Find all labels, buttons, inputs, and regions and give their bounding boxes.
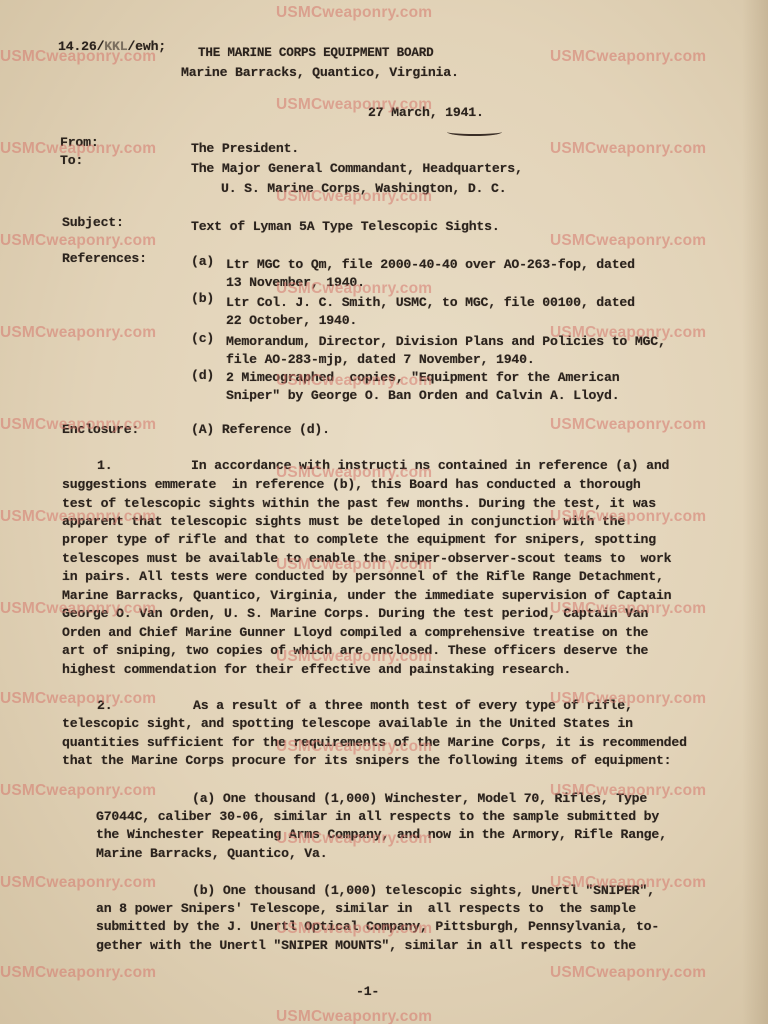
watermark: USMCweaponry.com xyxy=(550,140,706,158)
paragraph-line: highest commendation for their effective… xyxy=(62,661,571,679)
paragraph-number: 2. xyxy=(97,697,112,715)
paragraph-line: that the Marine Corps procure for its sn… xyxy=(62,752,671,770)
watermark: USMCweaponry.com xyxy=(550,416,706,434)
enclosure-label: Enclosure: xyxy=(62,421,139,439)
to-value-line: The Major General Commandant, Headquarte… xyxy=(191,160,523,178)
board-location: Marine Barracks, Quantico, Virginia. xyxy=(181,64,459,82)
page-number: -1- xyxy=(356,983,379,1001)
file-reference: 14.26/KKL/ewh; xyxy=(58,38,166,56)
paragraph-line: Marine Barracks, Quantico, Virginia, und… xyxy=(62,587,671,605)
item-line: gether with the Unertl "SNIPER MOUNTS", … xyxy=(96,937,636,955)
date-underline-mark xyxy=(447,128,502,136)
paragraph-line: art of sniping, two copies of which are … xyxy=(62,642,648,660)
reference-line: Sniper" by George O. Ban Orden and Calvi… xyxy=(226,387,619,405)
item-line: (b) One thousand (1,000) telescopic sigh… xyxy=(192,882,655,900)
reference-line: file AO-283-mjp, dated 7 November, 1940. xyxy=(226,351,535,369)
file-ref-number: 14.26/ xyxy=(58,39,104,54)
item-line: an 8 power Snipers' Telescope, similar i… xyxy=(96,900,636,918)
watermark: USMCweaponry.com xyxy=(0,232,156,250)
from-value: The President. xyxy=(191,140,299,158)
paragraph-line: telescopic sight, and spotting telescope… xyxy=(62,715,633,733)
reference-line: 22 October, 1940. xyxy=(226,312,357,330)
reference-line: 13 November, 1940. xyxy=(226,274,365,292)
watermark: USMCweaponry.com xyxy=(0,324,156,342)
paragraph-line: As a result of a three month test of eve… xyxy=(193,697,633,715)
file-ref-tail: /ewh; xyxy=(127,39,166,54)
to-label: To: xyxy=(60,152,83,170)
paragraph-line: quantities sufficient for the requiremen… xyxy=(62,734,687,752)
item-line: (a) One thousand (1,000) Winchester, Mod… xyxy=(192,790,647,808)
reference-line: Ltr MGC to Qm, file 2000-40-40 over AO-2… xyxy=(226,256,635,274)
watermark: USMCweaponry.com xyxy=(550,48,706,66)
watermark: USMCweaponry.com xyxy=(0,874,156,892)
reference-marker: (a) xyxy=(191,253,214,271)
to-value-line: U. S. Marine Corps, Washington, D. C. xyxy=(221,180,506,198)
references-label: References: xyxy=(62,250,147,268)
reference-line: Ltr Col. J. C. Smith, USMC, to MGC, file… xyxy=(226,294,635,312)
reference-marker: (d) xyxy=(191,367,214,385)
board-name: THE MARINE CORPS EQUIPMENT BOARD xyxy=(198,44,433,62)
page-edge-shadow xyxy=(742,0,768,1024)
paragraph-line: telescopes must be available to enable t… xyxy=(62,550,671,568)
subject-label: Subject: xyxy=(62,214,124,232)
item-line: submitted by the J. Unertl Optical Compa… xyxy=(96,918,659,936)
watermark: USMCweaponry.com xyxy=(276,4,432,22)
paragraph-line: apparent that telescopic sights must be … xyxy=(62,513,625,531)
paragraph-line: proper type of rifle and that to complet… xyxy=(62,531,656,549)
paragraph-line: Orden and Chief Marine Gunner Lloyd comp… xyxy=(62,624,648,642)
paragraph-number: 1. xyxy=(97,457,112,475)
document-date: 27 March, 1941. xyxy=(368,104,484,122)
paragraph-line: suggestions emmerate in reference (b), t… xyxy=(62,476,641,494)
reference-line: Memorandum, Director, Division Plans and… xyxy=(226,333,666,351)
item-line: Marine Barracks, Quantico, Va. xyxy=(96,845,327,863)
watermark: USMCweaponry.com xyxy=(550,232,706,250)
paragraph-line: test of telescopic sights within the pas… xyxy=(62,495,656,513)
reference-marker: (c) xyxy=(191,330,214,348)
reference-line: 2 Mimeographed copies, "Equipment for th… xyxy=(226,369,619,387)
from-label: From: xyxy=(60,134,99,152)
paragraph-line: In accordance with instructi ns containe… xyxy=(191,457,669,475)
item-line: G7044C, caliber 30-06, similar in all re… xyxy=(96,808,659,826)
watermark: USMCweaponry.com xyxy=(550,964,706,982)
document-page: 14.26/KKL/ewh; THE MARINE CORPS EQUIPMEN… xyxy=(0,0,768,1024)
reference-marker: (b) xyxy=(191,290,214,308)
watermark: USMCweaponry.com xyxy=(276,1008,432,1024)
item-line: the Winchester Repeating Arms Company, a… xyxy=(96,826,667,844)
watermark: USMCweaponry.com xyxy=(0,690,156,708)
file-ref-initials-struck: KKL xyxy=(104,39,127,54)
watermark: USMCweaponry.com xyxy=(0,782,156,800)
enclosure-value: (A) Reference (d). xyxy=(191,421,330,439)
watermark: USMCweaponry.com xyxy=(0,964,156,982)
paragraph-line: in pairs. All tests were conducted by pe… xyxy=(62,568,664,586)
subject-value: Text of Lyman 5A Type Telescopic Sights. xyxy=(191,218,500,236)
paragraph-line: George O. Van Orden, U. S. Marine Corps.… xyxy=(62,605,648,623)
